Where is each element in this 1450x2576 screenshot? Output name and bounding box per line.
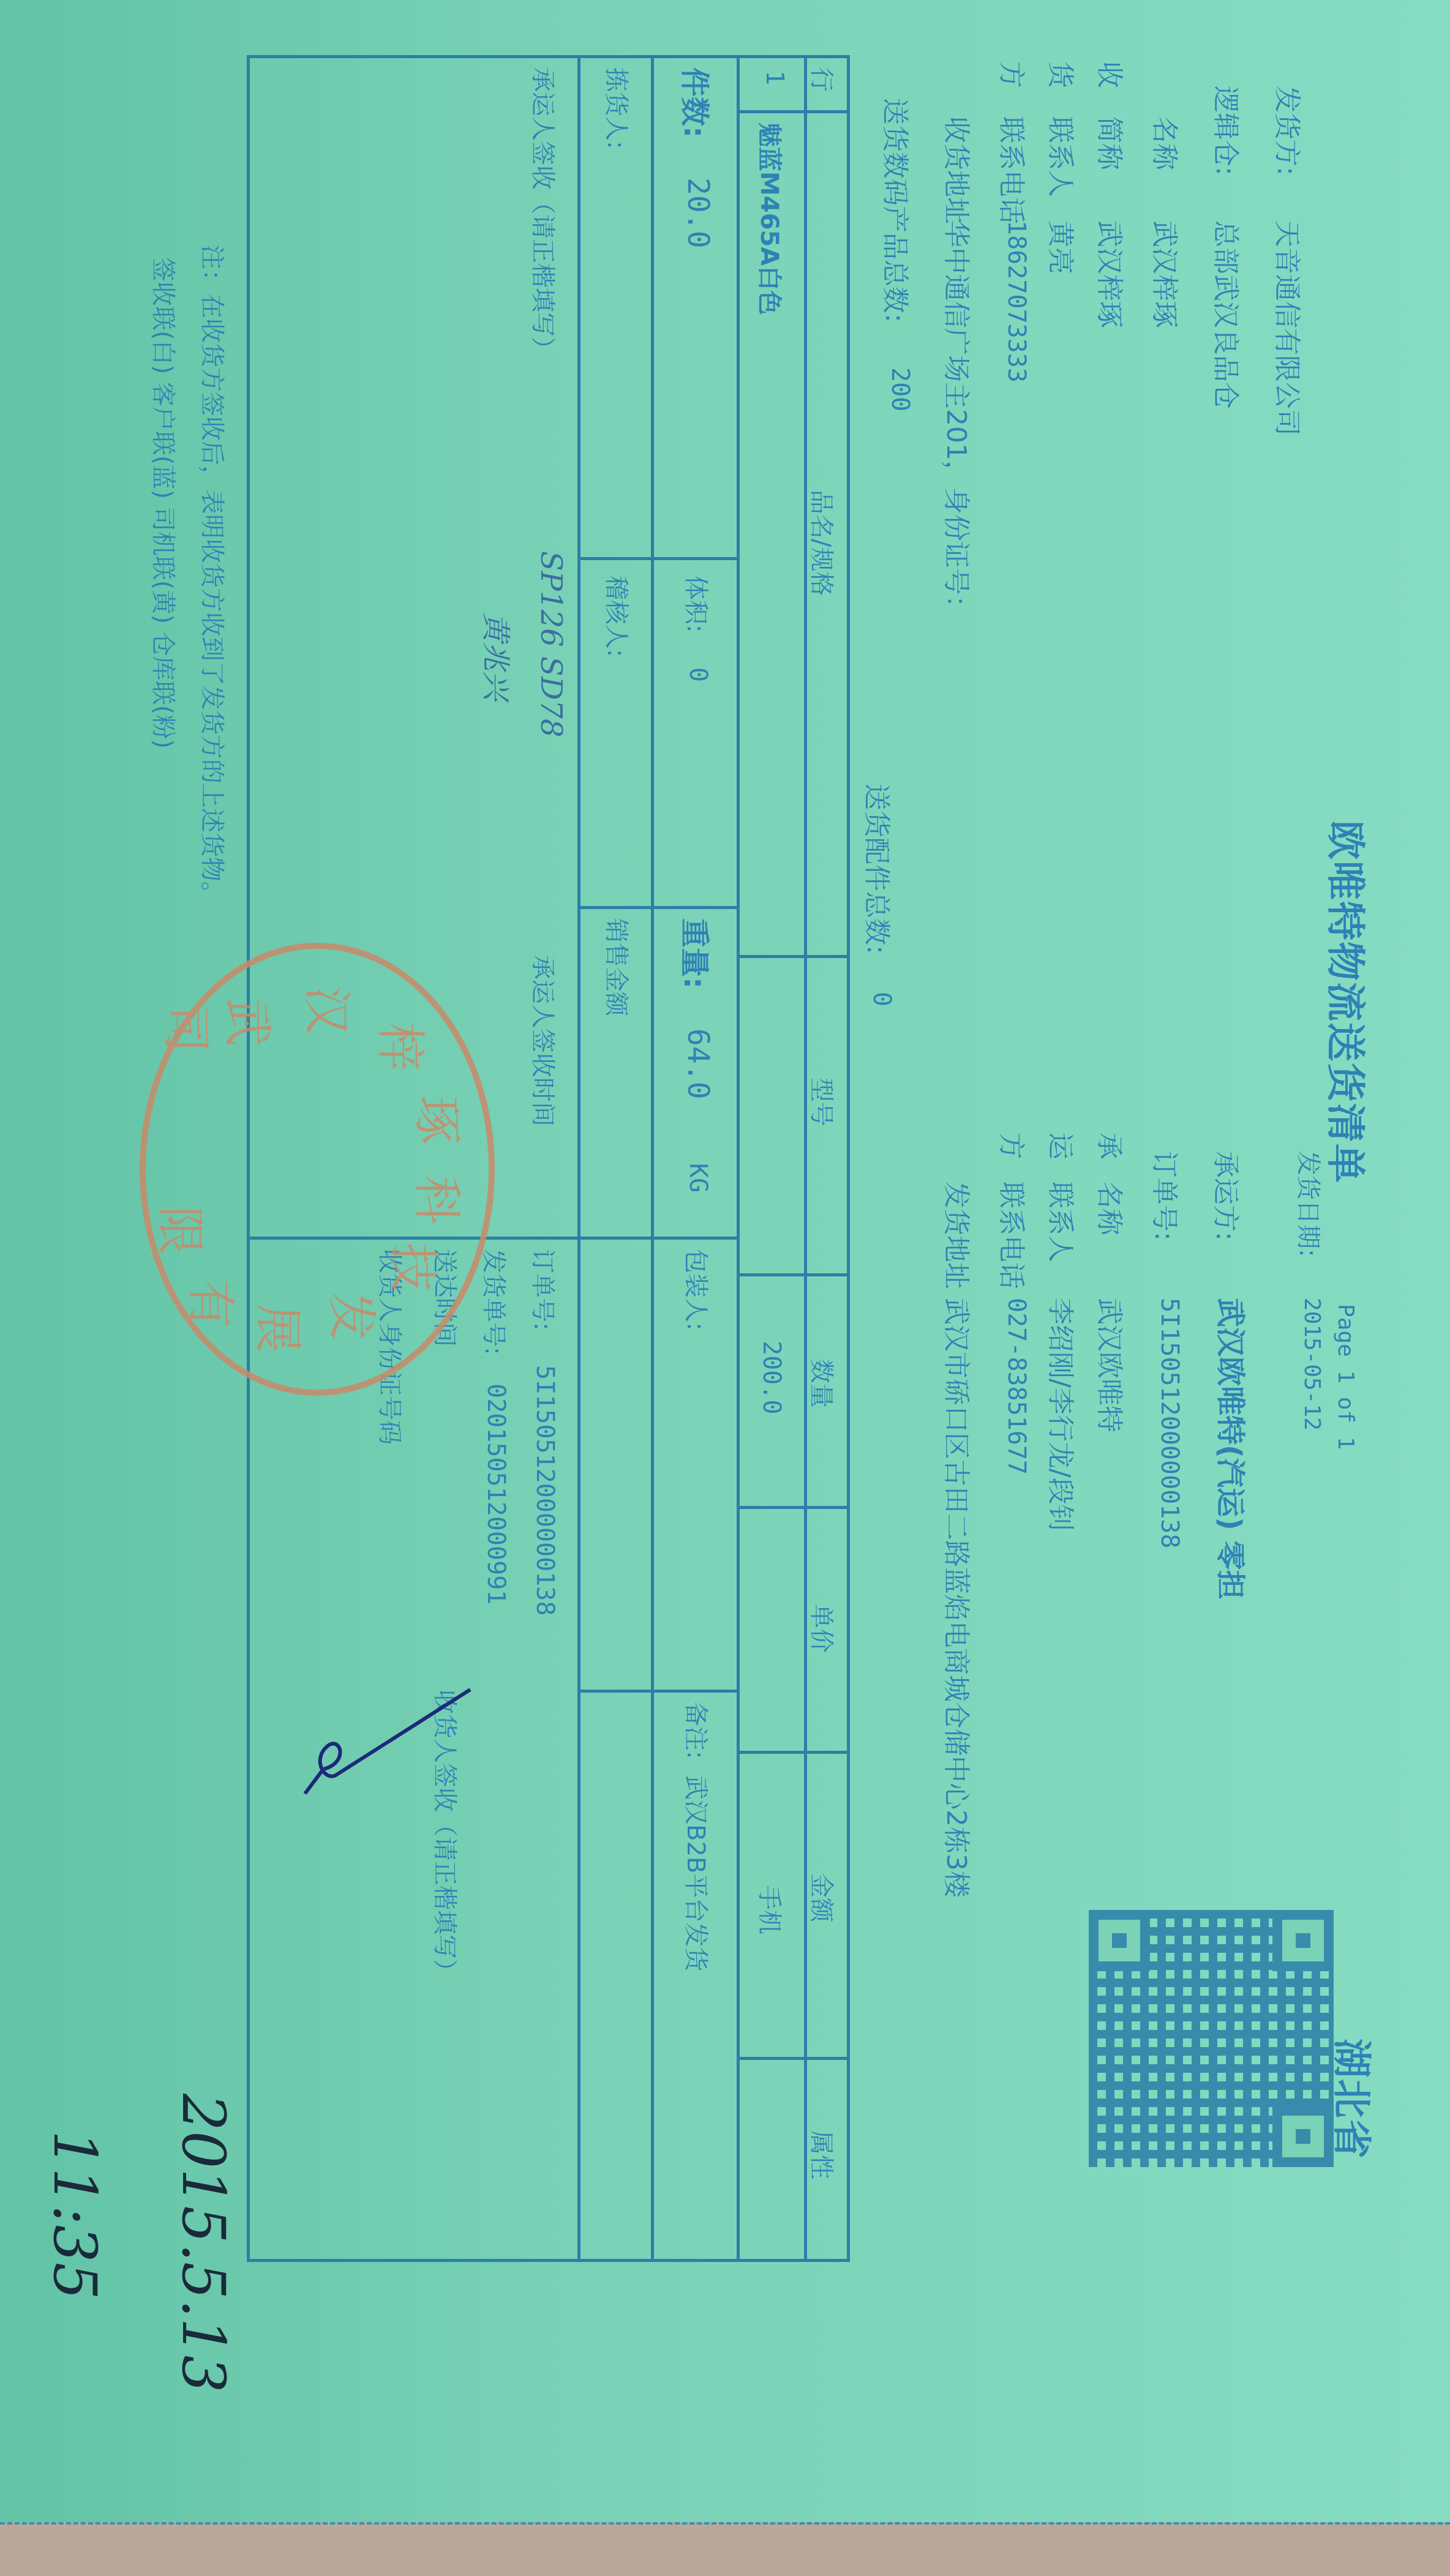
carrier-sign-name: 黄兆兴 [477,612,519,700]
desk-surface [0,2522,1450,2576]
weight-label: 重量: [676,918,718,989]
consignee-side-2: 方 [994,61,1034,88]
consignee-short-label: 简称 [1092,116,1132,170]
note-line1: 注：在收货方签收后，表明收货方收到了发货方的上述货物。 [197,245,231,906]
ship-date-label: 发货日期: [1293,1151,1328,1257]
carrier-sign-value: SP126 SD78 [534,551,568,738]
ship-no-label: 发货单号: [478,1249,513,1355]
shipper-value: 天音通信有限公司 [1270,220,1309,436]
th-name: 品名/规格 [806,490,841,596]
carrier-order-label: 订单号: [1148,1151,1187,1241]
th-model: 型号 [806,1077,841,1126]
sig-order-no: 5I150512000000138 [531,1365,559,1616]
consignee-contact: 黄亮 [1043,220,1083,274]
shipper-label: 发货方: [1270,86,1309,176]
qr-code [1089,1910,1334,2167]
carrier-phone-label: 联系电话 [994,1181,1034,1289]
company-stamp: 武 汉 梓 琢 科 技 发 展 有 限 司 [140,943,495,1396]
consignee-address: 华中通信广场主201，身份证号： [939,220,979,622]
carrier-name-label: 名称 [1092,1181,1132,1235]
ship-date: 2015-05-12 [1299,1298,1324,1431]
signature-divider [577,55,580,2259]
td-line: 1 [761,70,789,85]
product-total: 200 [886,367,914,411]
weight-value: 64.0 [681,1028,715,1099]
handwritten-date: 2015.5.13 [169,2094,238,2393]
td-attr: 手机 [754,1885,789,1934]
page-info: Page 1 of 1 [1333,1304,1358,1450]
summary-divider-1 [580,557,740,560]
volume-label: 体积: [680,575,715,632]
carrier-order-no: 5I150512000000138 [1155,1298,1184,1548]
remark-value: 武汉B2B平台发货 [680,1775,715,1971]
logic-warehouse-value: 总部武汉良品仓 [1209,220,1248,409]
td-qty: 200.0 [757,1341,786,1414]
carrier-side-0: 承 [1092,1133,1132,1159]
accessory-total: 0 [868,992,896,1006]
table-border-left [247,55,850,58]
carrier-side-2: 方 [994,1133,1034,1159]
col-divider-qty [740,1506,850,1509]
consignee-contact-label: 联系人 [1043,116,1083,197]
th-amount: 金额 [806,1873,841,1922]
handwritten-time: 11:35 [40,2130,109,2300]
pieces-label: 件数: [676,67,718,138]
table-border-right [247,2259,850,2262]
consignee-phone: 18627073333 [1002,220,1031,383]
th-attr: 属性 [806,2130,841,2179]
consignee-short-name: 武汉梓琢 [1092,220,1132,328]
carrier-contact-label: 联系人 [1043,1181,1083,1262]
province: 湖北省 [1326,2039,1383,2160]
carrier-label: 承运方: [1209,1151,1248,1241]
th-price: 单价 [806,1604,841,1653]
carrier-side-1: 运 [1043,1133,1083,1159]
td-name: 魅蓝M465A白色 [754,122,789,315]
col-divider-price [740,1751,850,1754]
form-title: 欧唯特物流送货清单 [1320,820,1377,1184]
delivery-form: 欧唯特物流送货清单 发货日期: 2015-05-12 Page 1 of 1 湖… [5,0,1450,2510]
table-border-top [847,55,850,2259]
col-divider-line [740,110,850,113]
summary-divider-2 [580,906,740,909]
table-header-divider [804,55,807,2259]
carrier-value: 武汉欧唯特(汽运) 零担 [1212,1298,1254,1600]
carrier-name: 武汉欧唯特 [1092,1298,1132,1432]
packer-label: 包装人: [680,1249,715,1330]
sig-order-no-label: 订单号: [527,1249,562,1330]
consignee-name: 武汉梓琢 [1148,220,1187,328]
consignee-side-0: 收 [1092,61,1132,88]
logic-warehouse-label: 逻辑仓: [1209,86,1248,176]
picker-label: 拣货人: [601,67,636,149]
volume-value: 0 [684,667,712,682]
carrier-sign-time-label: 承运人签收时间 [527,955,562,1126]
remark-label: 备注: [680,1702,715,1759]
summary-divider [651,55,654,2259]
note-line2: 签收联(白) 客户联(蓝) 司机联(黄) 仓库联(粉) [148,257,182,749]
col-divider-name [740,955,850,958]
carrier-ship-address-label: 发货地址 [939,1181,979,1289]
col-divider-amount [740,2057,850,2060]
summary-divider-4 [580,1690,740,1693]
sales-amount-label: 销售金额 [601,918,636,1016]
pieces-value: 20.0 [681,178,715,249]
consignee-name-label: 名称 [1148,116,1187,170]
consignee-phone-label: 联系电话 [994,116,1034,224]
weight-unit: KG [684,1163,712,1193]
table-row-divider [737,55,740,2259]
checker-label: 稽核人: [601,575,636,657]
th-qty: 数量 [806,1359,841,1408]
receiver-signature [299,1653,483,1812]
col-divider-model [740,1273,850,1276]
carrier-sign-label: 承运人签收（请正楷填写） [527,67,562,361]
consignee-side-1: 货 [1043,61,1083,88]
carrier-phone: 027-83851677 [1002,1298,1031,1475]
carrier-ship-address: 武汉市硚口区古田二路蓝焰电商城仓储中心2栋3楼 [939,1298,979,1898]
ship-no: 020150512000991 [482,1383,510,1604]
consignee-address-label: 收货地址 [939,116,979,224]
product-total-label: 送货数码产品总数: [878,98,917,323]
th-line: 行 [806,67,841,92]
carrier-contact: 李绍刚/李行龙/段钊 [1043,1298,1083,1532]
accessory-total-label: 送货配件总数: [860,784,899,954]
